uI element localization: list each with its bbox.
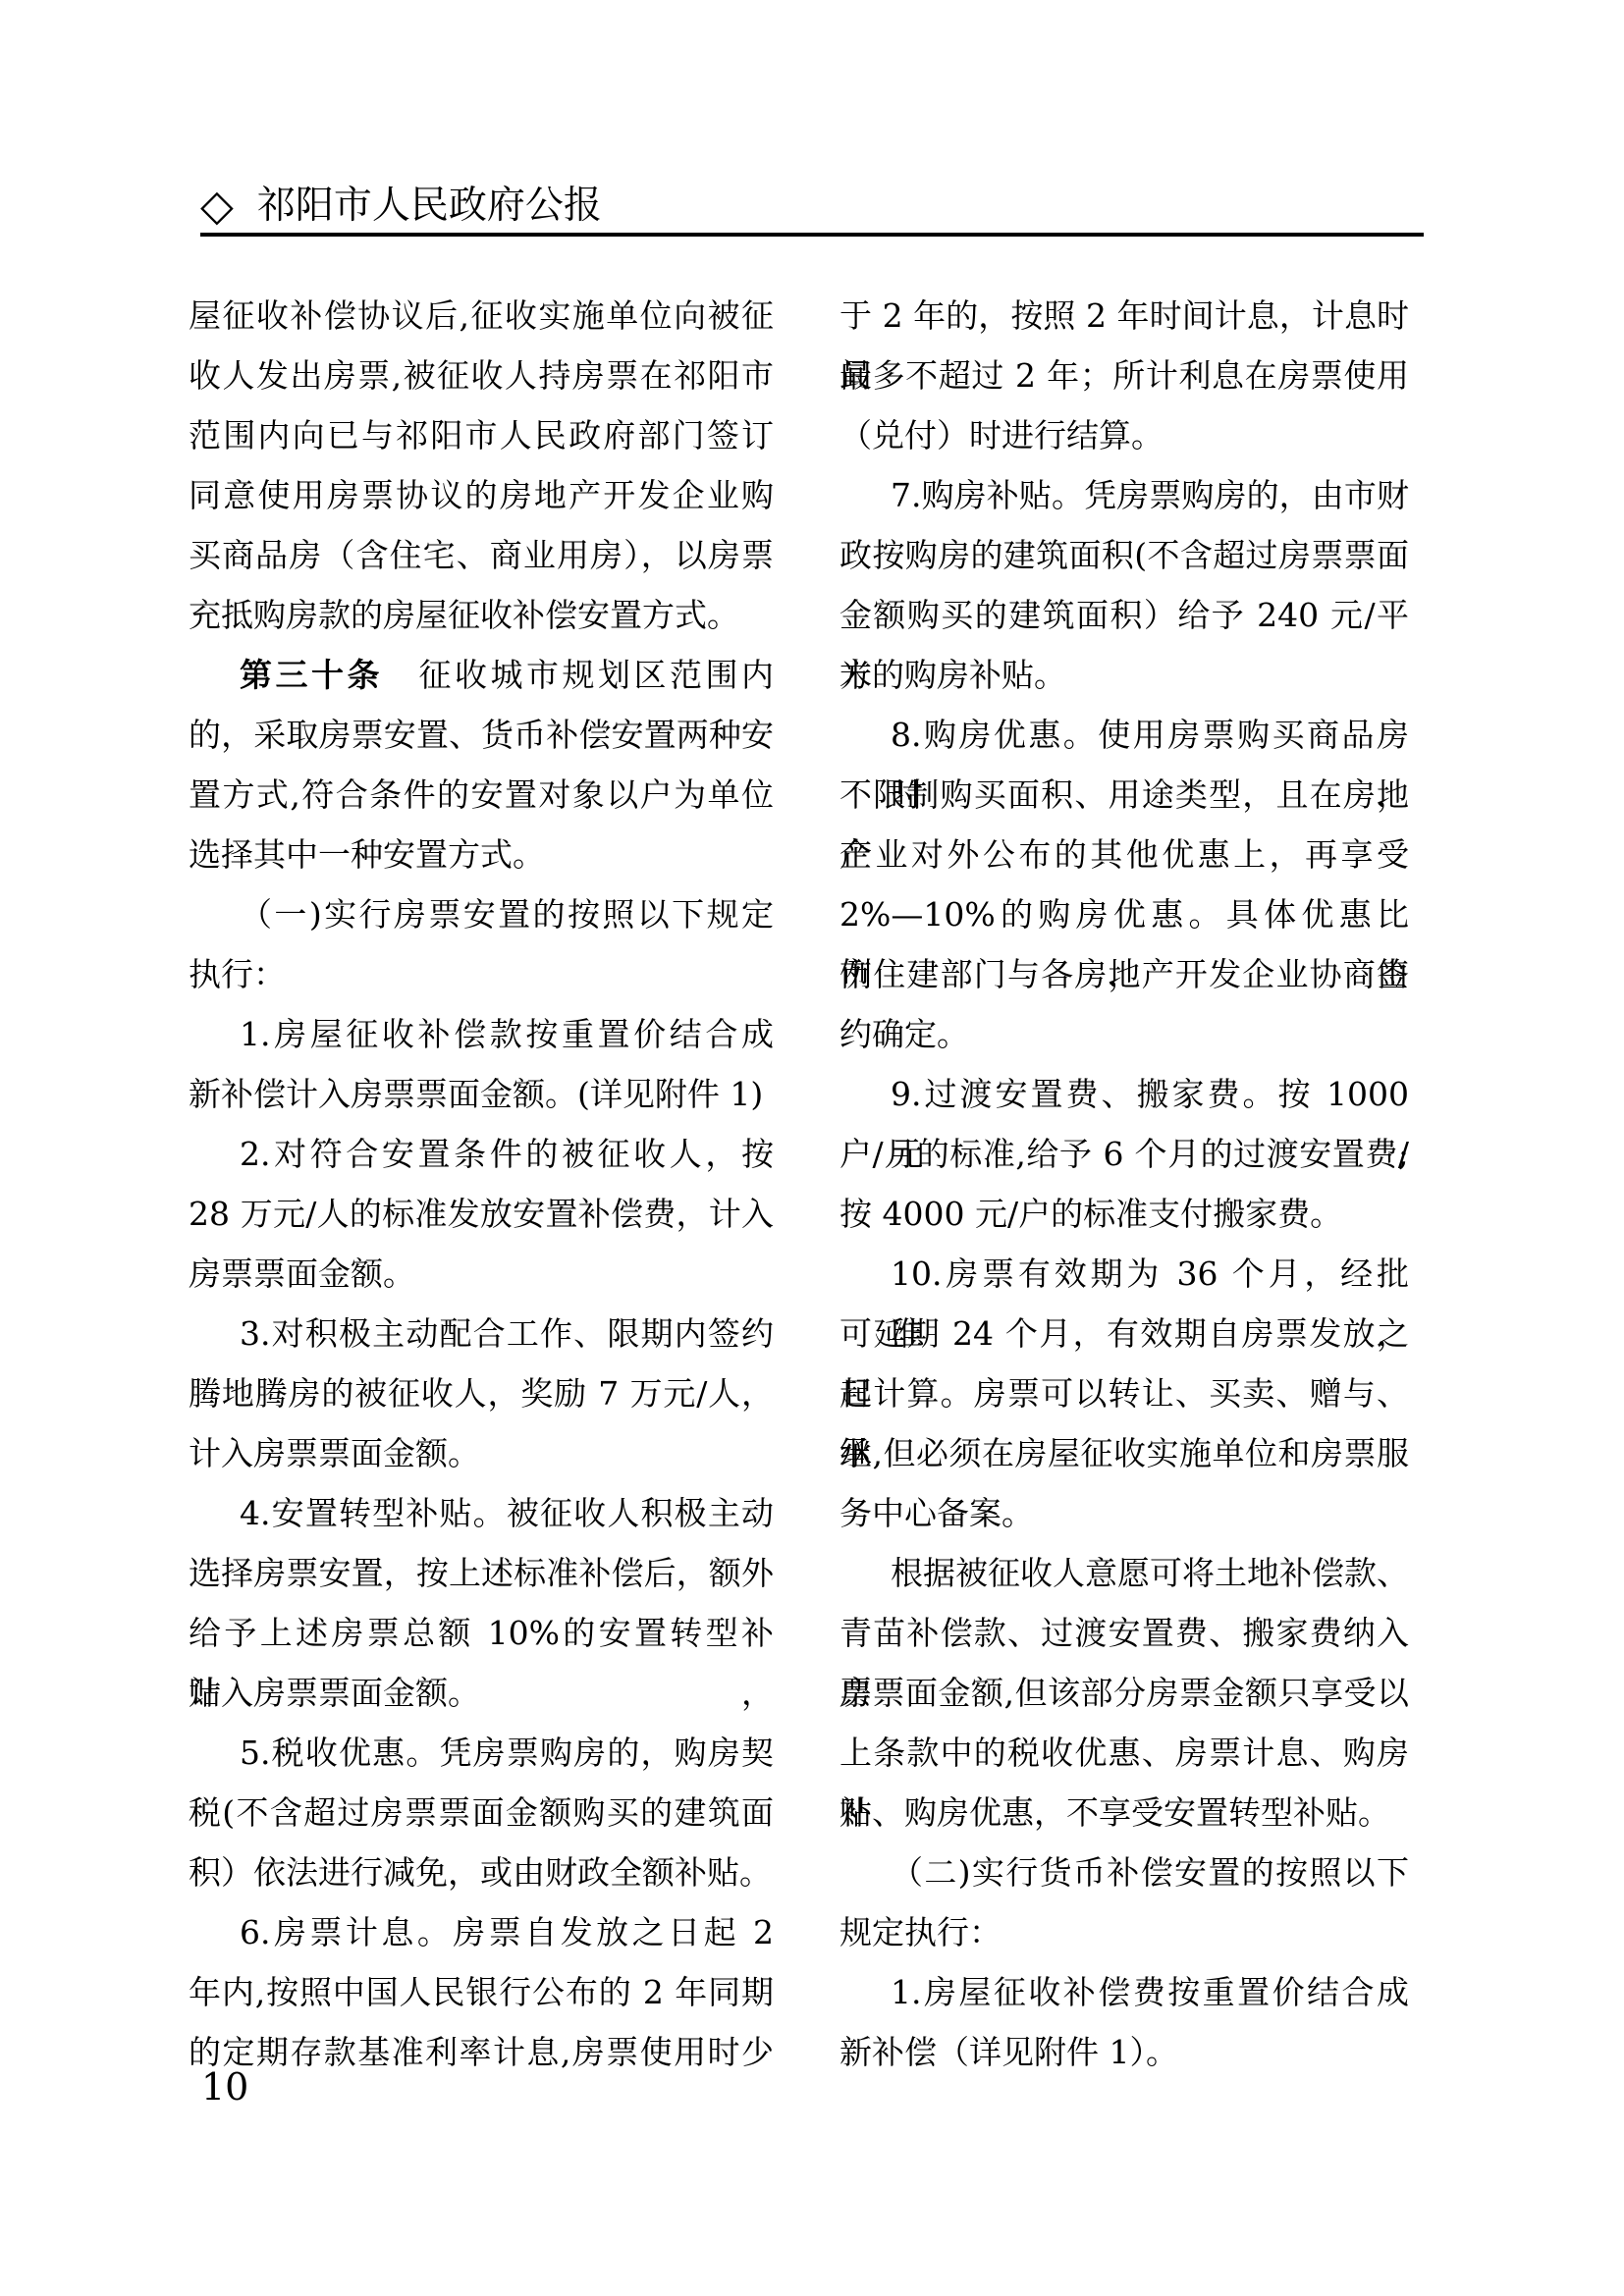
text-line: （一)实行房票安置的按照以下规定 xyxy=(189,884,774,944)
text-line: 米的购房补贴。 xyxy=(839,645,1409,705)
text-line: 选择房票安置，按上述标准补偿后，额外 xyxy=(189,1543,774,1603)
text-line: 2.对符合安置条件的被征收人，按 xyxy=(189,1124,774,1184)
text-line: 规定执行： xyxy=(839,1902,1409,1962)
text-line: 买商品房（含住宅、商业用房），以房票 xyxy=(189,525,774,585)
page-header: ◇ 祁阳市人民政府公报 xyxy=(200,179,602,234)
text-line: 按 4000 元/户的标准支付搬家费。 xyxy=(839,1184,1409,1244)
text-line: 企业对外公布的其他优惠上，再享受 xyxy=(839,825,1409,884)
diamond-icon: ◇ xyxy=(200,179,234,234)
text-line: 年内,按照中国人民银行公布的 2 年同期 xyxy=(189,1962,774,2022)
text-line: 最多不超过 2 年；所计利息在房票使用 xyxy=(839,346,1409,405)
text-line: 贴、购房优惠，不享受安置转型补贴。 xyxy=(839,1783,1409,1842)
text-line: 28 万元/人的标准发放安置补偿费，计入 xyxy=(189,1184,774,1244)
text-line: 务中心备案。 xyxy=(839,1483,1409,1543)
text-line: 10.房票有效期为 36 个月，经批准， xyxy=(839,1244,1409,1304)
text-line: 政按购房的建筑面积(不含超过房票票面 xyxy=(839,525,1409,585)
text-line: 1.房屋征收补偿款按重置价结合成 xyxy=(189,1004,774,1064)
text-line: 不限制购买面积、用途类型，且在房地产 xyxy=(839,765,1409,825)
text-line: 5.税收优惠。凭房票购房的，购房契 xyxy=(189,1723,774,1783)
text-line: 税(不含超过房票票面金额购买的建筑面 xyxy=(189,1783,774,1842)
text-line: 房票票面金额。 xyxy=(189,1244,774,1304)
text-line: 户/月的标准,给予 6 个月的过渡安置费; xyxy=(839,1124,1409,1184)
text-line: 可延期 24 个月，有效期自房票发放之日 xyxy=(839,1304,1409,1363)
article-number: 第三十条 xyxy=(240,656,383,694)
text-line: 选择其中一种安置方式。 xyxy=(189,825,774,884)
text-line: 于 2 年的，按照 2 年时间计息，计息时间 xyxy=(839,286,1409,346)
text-line: 市住建部门与各房地产开发企业协商签 xyxy=(839,944,1409,1004)
header-title: 祁阳市人民政府公报 xyxy=(257,179,602,234)
text-line: 范围内向已与祁阳市人民政府部门签订 xyxy=(189,405,774,465)
header-rule xyxy=(200,233,1424,237)
text-line: 收人发出房票,被征收人持房票在祁阳市 xyxy=(189,346,774,405)
text-line: 4.安置转型补贴。被征收人积极主动 xyxy=(189,1483,774,1543)
text-line: 6.房票计息。房票自发放之日起 2 xyxy=(189,1902,774,1962)
text-line: 2%—10%的购房优惠。具体优惠比例，由 xyxy=(839,884,1409,944)
text-line: 新补偿（详见附件 1）。 xyxy=(839,2022,1409,2082)
text-line: （兑付）时进行结算。 xyxy=(839,405,1409,465)
text-line: 的定期存款基准利率计息,房票使用时少 xyxy=(189,2022,774,2082)
document-body: 屋征收补偿协议后,征收实施单位向被征收人发出房票,被征收人持房票在祁阳市范围内向… xyxy=(189,286,1409,2082)
text-line: 承,但必须在房屋征收实施单位和房票服 xyxy=(839,1423,1409,1483)
text-line: 9.过渡安置费、搬家费。按 1000 元/ xyxy=(839,1064,1409,1124)
text-line: 屋征收补偿协议后,征收实施单位向被征 xyxy=(189,286,774,346)
text-line: 约确定。 xyxy=(839,1004,1409,1064)
left-column: 屋征收补偿协议后,征收实施单位向被征收人发出房票,被征收人持房票在祁阳市范围内向… xyxy=(189,286,774,2082)
text-line: 同意使用房票协议的房地产开发企业购 xyxy=(189,465,774,525)
text-line: 根据被征收人意愿可将土地补偿款、 xyxy=(839,1543,1409,1603)
text-line: 充抵购房款的房屋征收补偿安置方式。 xyxy=(189,585,774,645)
text-line: 8.购房优惠。使用房票购买商品房时， xyxy=(839,705,1409,765)
text-line: 上条款中的税收优惠、房票计息、购房补 xyxy=(839,1723,1409,1783)
text-line: 积）依法进行减免，或由财政全额补贴。 xyxy=(189,1842,774,1902)
text-line: 新补偿计入房票票面金额。(详见附件 1) xyxy=(189,1064,774,1124)
page-number: 10 xyxy=(201,2061,248,2112)
text-line: 的，采取房票安置、货币补偿安置两种安 xyxy=(189,705,774,765)
text-line: 7.购房补贴。凭房票购房的，由市财 xyxy=(839,465,1409,525)
text-line: 票票面金额,但该部分房票金额只享受以 xyxy=(839,1663,1409,1723)
text-line: 执行： xyxy=(189,944,774,1004)
text-line: 1.房屋征收补偿费按重置价结合成 xyxy=(839,1962,1409,2022)
text-line: 置方式,符合条件的安置对象以户为单位 xyxy=(189,765,774,825)
text-line: 计入房票票面金额。 xyxy=(189,1423,774,1483)
text-line: （二)实行货币补偿安置的按照以下 xyxy=(839,1842,1409,1902)
right-column: 于 2 年的，按照 2 年时间计息，计息时间最多不超过 2 年；所计利息在房票使… xyxy=(839,286,1409,2082)
text-line: 起计算。房票可以转让、买卖、赠与、继 xyxy=(839,1363,1409,1423)
text-line: 腾地腾房的被征收人，奖励 7 万元/人， xyxy=(189,1363,774,1423)
text-line: 金额购买的建筑面积）给予 240 元/平方 xyxy=(839,585,1409,645)
gazette-page: ◇ 祁阳市人民政府公报 屋征收补偿协议后,征收实施单位向被征收人发出房票,被征收… xyxy=(0,0,1624,2296)
text-line: 第三十条 征收城市规划区范围内 xyxy=(189,645,774,705)
text-line: 青苗补偿款、过渡安置费、搬家费纳入房 xyxy=(839,1603,1409,1663)
text-line: 给予上述房票总额 10%的安置转型补贴， xyxy=(189,1603,774,1663)
text-line: 3.对积极主动配合工作、限期内签约 xyxy=(189,1304,774,1363)
